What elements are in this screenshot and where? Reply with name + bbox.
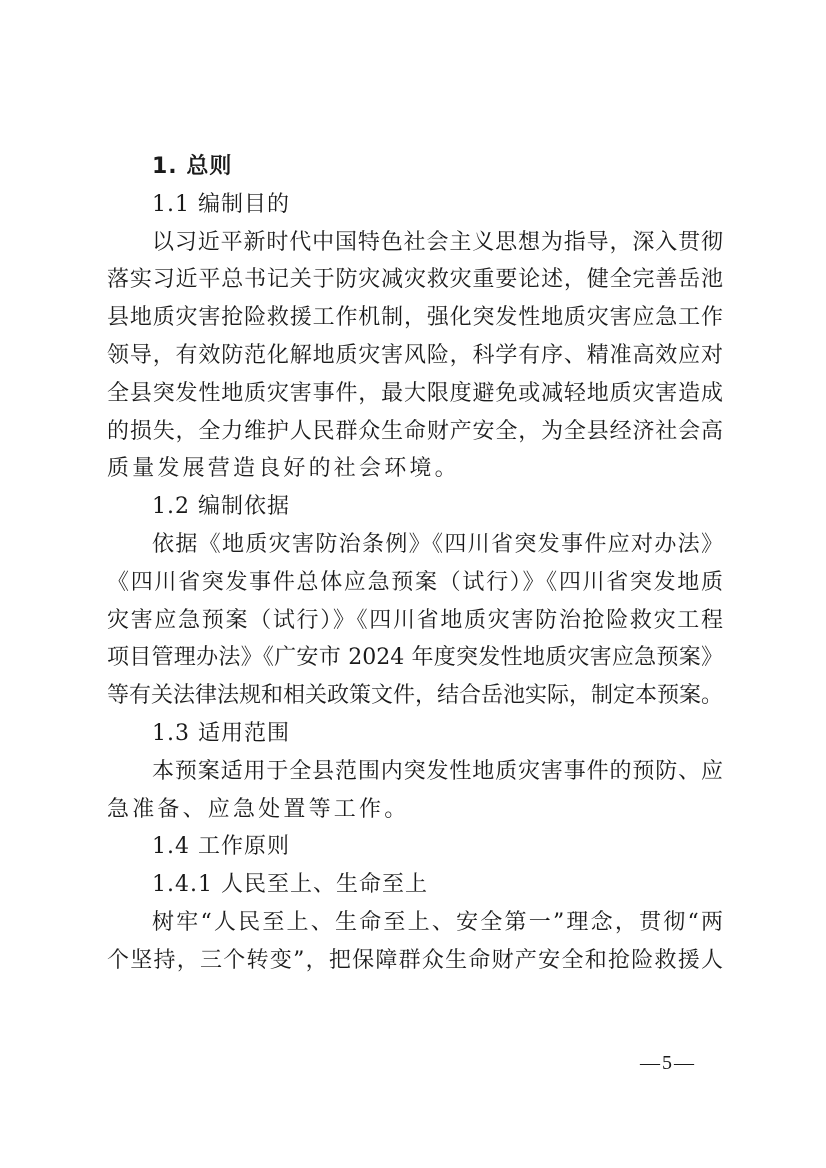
subsection-heading-1-4-1: 1.4.1 人民至上、生命至上 (107, 866, 723, 904)
paragraph-line: 灾害应急预案（试行）》《四川省地质灾害防治抢险救灾工程 (107, 602, 723, 640)
section-heading-1-2: 1.2 编制依据 (107, 488, 723, 526)
document-page: 1. 总则 1.1 编制目的 以习近平新时代中国特色社会主义思想为指导，深入贯彻… (0, 0, 826, 1168)
section-heading-1-3: 1.3 适用范围 (107, 715, 723, 753)
paragraph-line: 项目管理办法》《广安市 2024 年度突发性地质灾害应急预案》 (107, 639, 723, 677)
chapter-heading: 1. 总则 (107, 148, 723, 186)
page-number: —5— (640, 1052, 696, 1075)
paragraph-line: 领导，有效防范化解地质灾害风险，科学有序、精准高效应对 (107, 337, 723, 375)
paragraph-line: 落实习近平总书记关于防灾减灾救灾重要论述，健全完善岳池 (107, 261, 723, 299)
paragraph-line: 等有关法律法规和相关政策文件，结合岳池实际，制定本预案。 (107, 677, 723, 715)
paragraph-line: 依据《地质灾害防治条例》《四川省突发事件应对办法》 (107, 526, 723, 564)
document-body: 1. 总则 1.1 编制目的 以习近平新时代中国特色社会主义思想为指导，深入贯彻… (107, 148, 723, 980)
paragraph-line: 急准备、应急处置等工作。 (107, 791, 723, 829)
paragraph-line: 县地质灾害抢险救援工作机制，强化突发性地质灾害应急工作 (107, 299, 723, 337)
paragraph-line: 质量发展营造良好的社会环境。 (107, 450, 723, 488)
paragraph-line: 树牢“人民至上、生命至上、安全第一”理念，贯彻“两 (107, 904, 723, 942)
paragraph-line: 全县突发性地质灾害事件，最大限度避免或减轻地质灾害造成 (107, 375, 723, 413)
section-heading-1-1: 1.1 编制目的 (107, 186, 723, 224)
paragraph-line: 的损失，全力维护人民群众生命财产安全，为全县经济社会高 (107, 413, 723, 451)
paragraph-line: 个坚持，三个转变”，把保障群众生命财产安全和抢险救援人 (107, 942, 723, 980)
section-heading-1-4: 1.4 工作原则 (107, 828, 723, 866)
paragraph-line: 本预案适用于全县范围内突发性地质灾害事件的预防、应 (107, 753, 723, 791)
paragraph-line: 《四川省突发事件总体应急预案（试行）》《四川省突发地质 (107, 564, 723, 602)
paragraph-line: 以习近平新时代中国特色社会主义思想为指导，深入贯彻 (107, 224, 723, 262)
